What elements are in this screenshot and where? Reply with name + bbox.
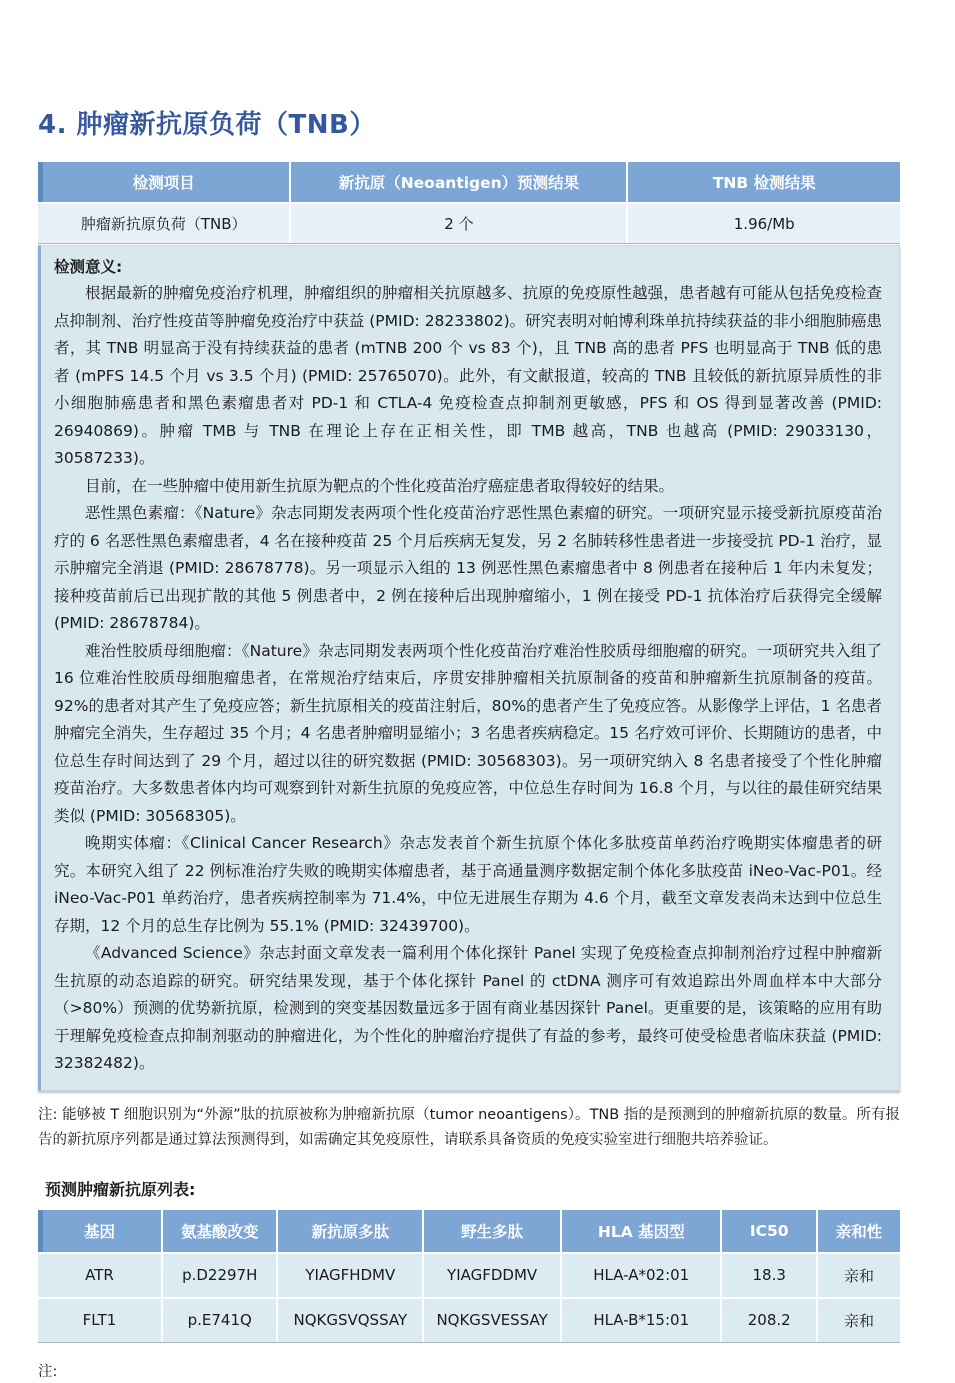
neoantigen-header-gene: 基因 [38, 1210, 163, 1254]
significance-paragraph: 难治性胶质母细胞瘤：《Nature》杂志同期发表两项个性化疫苗治疗难治性胶质母细… [54, 638, 882, 831]
tnb-summary-item-cell: 肿瘤新抗原负荷（TNB） [38, 204, 291, 243]
gene-cell: FLT1 [38, 1299, 163, 1342]
significance-paragraph: 目前，在一些肿瘤中使用新生抗原为靶点的个性化疫苗治疗癌症患者取得较好的结果。 [54, 473, 882, 501]
table-row: 肿瘤新抗原负荷（TNB） 2 个 1.96/Mb [38, 204, 900, 243]
tnb-summary-header-result: TNB 检测结果 [628, 162, 900, 204]
neoantigen-table: 基因 氨基酸改变 新抗原多肽 野生多肽 HLA 基因型 IC50 亲和性 ATR… [38, 1210, 900, 1342]
significance-panel: 检测意义: 根据最新的肿瘤免疫治疗机理，肿瘤组织的肿瘤相关抗原越多、抗原的免疫原… [38, 245, 900, 1091]
table-row: ATR p.D2297H YIAGFHDMV YIAGFDDMV HLA-A*0… [38, 1254, 900, 1299]
neo-peptide-cell: NQKGSVQSSAY [278, 1299, 424, 1342]
tnb-summary-header-neoantigen: 新抗原（Neoantigen）预测结果 [291, 162, 628, 204]
affinity-cell: 亲和 [818, 1254, 900, 1299]
tnb-summary-header-item: 检测项目 [38, 162, 291, 204]
neoantigen-header-ic50: IC50 [722, 1210, 818, 1254]
significance-paragraph: 《Advanced Science》杂志封面文章发表一篇利用个体化探针 Pane… [54, 940, 882, 1078]
gene-cell: ATR [38, 1254, 163, 1299]
ic50-cell: 18.3 [722, 1254, 818, 1299]
neoantigen-list-heading: 预测肿瘤新抗原列表: [45, 1177, 900, 1200]
wild-peptide-cell: NQKGSVESSAY [424, 1299, 562, 1342]
neoantigen-header-neo-peptide: 新抗原多肽 [278, 1210, 424, 1254]
neo-peptide-cell: YIAGFHDMV [278, 1254, 424, 1299]
wild-peptide-cell: YIAGFDDMV [424, 1254, 562, 1299]
aa-change-cell: p.E741Q [163, 1299, 279, 1342]
significance-paragraph: 晚期实体瘤：《Clinical Cancer Research》杂志发表首个新生… [54, 830, 882, 940]
significance-heading: 检测意义: [54, 254, 882, 280]
neoantigen-header-wild-peptide: 野生多肽 [424, 1210, 562, 1254]
neoantigen-header-affinity: 亲和性 [818, 1210, 900, 1254]
hla-cell: HLA-B*15:01 [562, 1299, 722, 1342]
tnb-summary-result-cell: 1.96/Mb [628, 204, 900, 243]
neoantigen-header-row: 基因 氨基酸改变 新抗原多肽 野生多肽 HLA 基因型 IC50 亲和性 [38, 1210, 900, 1254]
affinity-cell: 亲和 [818, 1299, 900, 1342]
tnb-footnote: 注: 能够被 T 细胞识别为“外源”肽的抗原被称为肿瘤新抗原（tumor neo… [38, 1103, 900, 1153]
report-page: 4. 肿瘤新抗原负荷（TNB） 检测项目 新抗原（Neoantigen）预测结果… [0, 0, 955, 1383]
neoantigen-header-aa-change: 氨基酸改变 [163, 1210, 279, 1254]
tnb-summary-header-row: 检测项目 新抗原（Neoantigen）预测结果 TNB 检测结果 [38, 162, 900, 204]
significance-paragraph: 根据最新的肿瘤免疫治疗机理，肿瘤组织的肿瘤相关抗原越多、抗原的免疫原性越强，患者… [54, 280, 882, 473]
hla-cell: HLA-A*02:01 [562, 1254, 722, 1299]
tnb-summary-table: 检测项目 新抗原（Neoantigen）预测结果 TNB 检测结果 肿瘤新抗原负… [38, 162, 900, 243]
table-row: FLT1 p.E741Q NQKGSVQSSAY NQKGSVESSAY HLA… [38, 1299, 900, 1342]
neoantigen-header-hla: HLA 基因型 [562, 1210, 722, 1254]
tnb-summary-neoantigen-cell: 2 个 [291, 204, 628, 243]
significance-paragraph: 恶性黑色素瘤：《Nature》杂志同期发表两项个性化疫苗治疗恶性黑色素瘤的研究。… [54, 500, 882, 638]
aa-change-cell: p.D2297H [163, 1254, 279, 1299]
ic50-cell: 208.2 [722, 1299, 818, 1342]
bottom-note: 注: [38, 1360, 900, 1383]
section-title: 4. 肿瘤新抗原负荷（TNB） [38, 104, 900, 141]
